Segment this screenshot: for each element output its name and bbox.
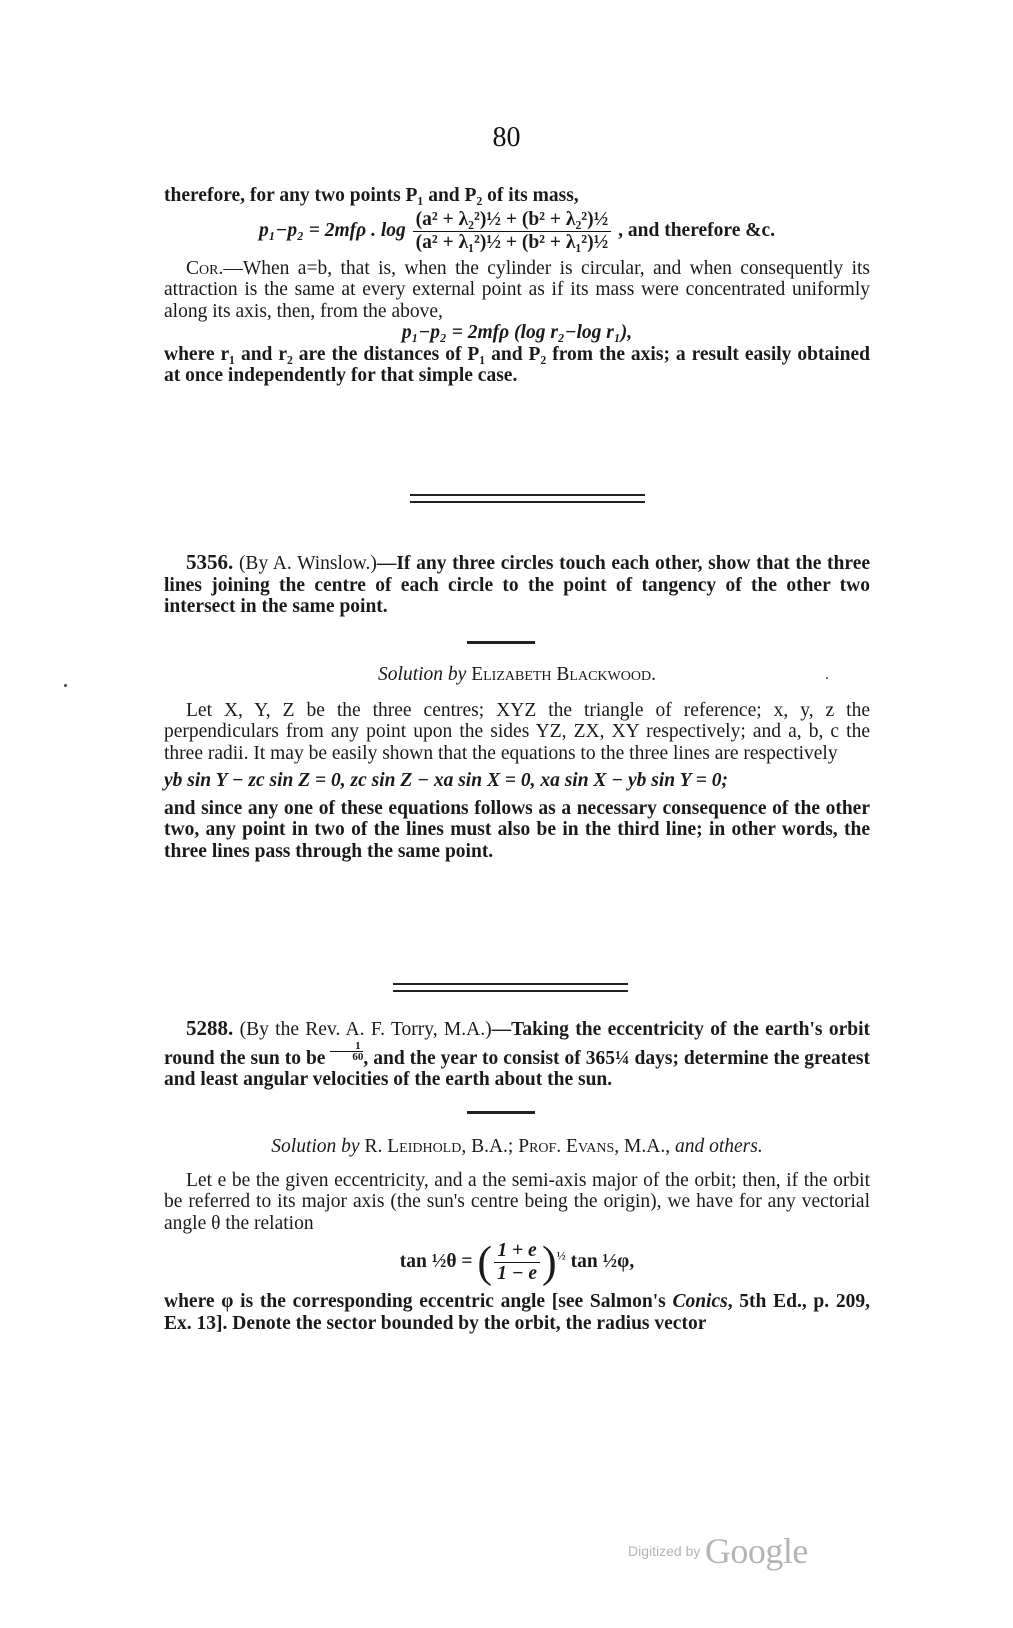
problem-5356: 5356. (By A. Winslow.)—If any three circ… bbox=[164, 552, 870, 618]
equation-tan-fraction: 1 + e1 − e bbox=[494, 1240, 540, 1285]
solution-divider-5288 bbox=[467, 1111, 535, 1114]
equation-1: p₁−p₂ = 2mfρ . log (a² + λ₂²)½ + (b² + λ… bbox=[164, 209, 870, 254]
scan-speck bbox=[64, 684, 67, 687]
solution-5288-suffix: and others. bbox=[675, 1136, 763, 1157]
solution-5288-solvers: R. Leidhold, B.A.; Prof. Evans, M.A., bbox=[364, 1136, 670, 1157]
solution-5288-prefix: Solution by bbox=[271, 1136, 359, 1157]
equation-tan-numerator: 1 + e bbox=[494, 1240, 540, 1263]
solution-5356-solver: Elizabeth Blackwood. bbox=[471, 664, 656, 685]
scan-speck bbox=[826, 677, 828, 679]
watermark-prefix: Digitized by bbox=[628, 1543, 700, 1559]
eccentricity-fraction: 160 bbox=[330, 1041, 363, 1062]
para2-text-a: where φ is the corresponding eccentric a… bbox=[164, 1291, 672, 1312]
equation-tan: tan ½θ = (1 + e1 − e)½ tan ½φ, bbox=[164, 1240, 870, 1285]
corollary-text: —When a=b, that is, when the cylinder is… bbox=[164, 258, 870, 322]
equation-1-numerator: (a² + λ₂²)½ + (b² + λ₂²)½ bbox=[413, 209, 612, 232]
continuation-intro: therefore, for any two points P₁ and P₂ … bbox=[164, 185, 870, 207]
continuation-conclusion: where r₁ and r₂ are the distances of P₁ … bbox=[164, 344, 870, 387]
solution-5356-equations: yb sin Y − zc sin Z = 0, zc sin Z − xa s… bbox=[164, 770, 870, 792]
continuation-section: therefore, for any two points P₁ and P₂ … bbox=[164, 185, 870, 387]
problem-5288-statement: 5288. (By the Rev. A. F. Torry, M.A.)—Ta… bbox=[164, 1018, 870, 1090]
solution-5288: Solution by R. Leidhold, B.A.; Prof. Eva… bbox=[164, 1136, 870, 1334]
problem-5356-author: (By A. Winslow.) bbox=[239, 553, 377, 574]
equation-1-denominator: (a² + λ₁²)½ + (b² + λ₁²)½ bbox=[413, 232, 612, 254]
equation-tan-denominator: 1 − e bbox=[494, 1263, 540, 1285]
corollary: Cor.—When a=b, that is, when the cylinde… bbox=[164, 258, 870, 323]
left-paren: ( bbox=[477, 1238, 492, 1287]
problem-5356-statement: 5356. (By A. Winslow.)—If any three circ… bbox=[164, 552, 870, 618]
page-number: 80 bbox=[0, 122, 1013, 154]
solution-divider-5356 bbox=[467, 641, 535, 644]
solution-5356-prefix: Solution by bbox=[378, 664, 466, 685]
fraction-denominator: 60 bbox=[330, 1052, 363, 1062]
solution-5288-para1: Let e be the given eccentricity, and a t… bbox=[164, 1170, 870, 1235]
corollary-label: Cor. bbox=[186, 258, 223, 279]
fraction-numerator: 1 bbox=[330, 1041, 363, 1052]
solution-5356-para1: Let X, Y, Z be the three centres; XYZ th… bbox=[164, 700, 870, 765]
solution-5288-heading: Solution by R. Leidhold, B.A.; Prof. Eva… bbox=[164, 1136, 870, 1158]
problem-5288: 5288. (By the Rev. A. F. Torry, M.A.)—Ta… bbox=[164, 1018, 870, 1090]
google-logo: Google bbox=[705, 1531, 808, 1571]
conics-title: Conics bbox=[672, 1291, 727, 1312]
section-divider-2 bbox=[393, 983, 628, 992]
problem-5356-number: 5356. bbox=[186, 550, 233, 574]
problem-5288-number: 5288. bbox=[186, 1016, 233, 1040]
equation-1-tail: , and therefore &c. bbox=[618, 219, 775, 240]
equation-tan-rhs: tan ½φ, bbox=[571, 1251, 635, 1272]
section-divider-1 bbox=[410, 494, 645, 503]
digitized-by-google-watermark: Digitized by Google bbox=[628, 1530, 808, 1572]
equation-2: p₁−p₂ = 2mfρ (log r₂−log r₁), bbox=[164, 322, 870, 344]
equation-1-lhs: p₁−p₂ = 2mfρ . log bbox=[259, 219, 406, 240]
solution-5288-para2: where φ is the corresponding eccentric a… bbox=[164, 1291, 870, 1334]
solution-5356: Solution by Elizabeth Blackwood. Let X, … bbox=[164, 664, 870, 862]
solution-5356-para2: and since any one of these equations fol… bbox=[164, 798, 870, 863]
right-paren: ) bbox=[542, 1238, 557, 1287]
problem-5288-author: (By the Rev. A. F. Torry, M.A.) bbox=[240, 1019, 492, 1040]
equation-1-fraction: (a² + λ₂²)½ + (b² + λ₂²)½ (a² + λ₁²)½ + … bbox=[413, 209, 612, 254]
equation-tan-exponent: ½ bbox=[557, 1248, 566, 1262]
solution-5356-heading: Solution by Elizabeth Blackwood. bbox=[164, 664, 870, 686]
equation-tan-lhs: tan ½θ = bbox=[400, 1251, 473, 1272]
